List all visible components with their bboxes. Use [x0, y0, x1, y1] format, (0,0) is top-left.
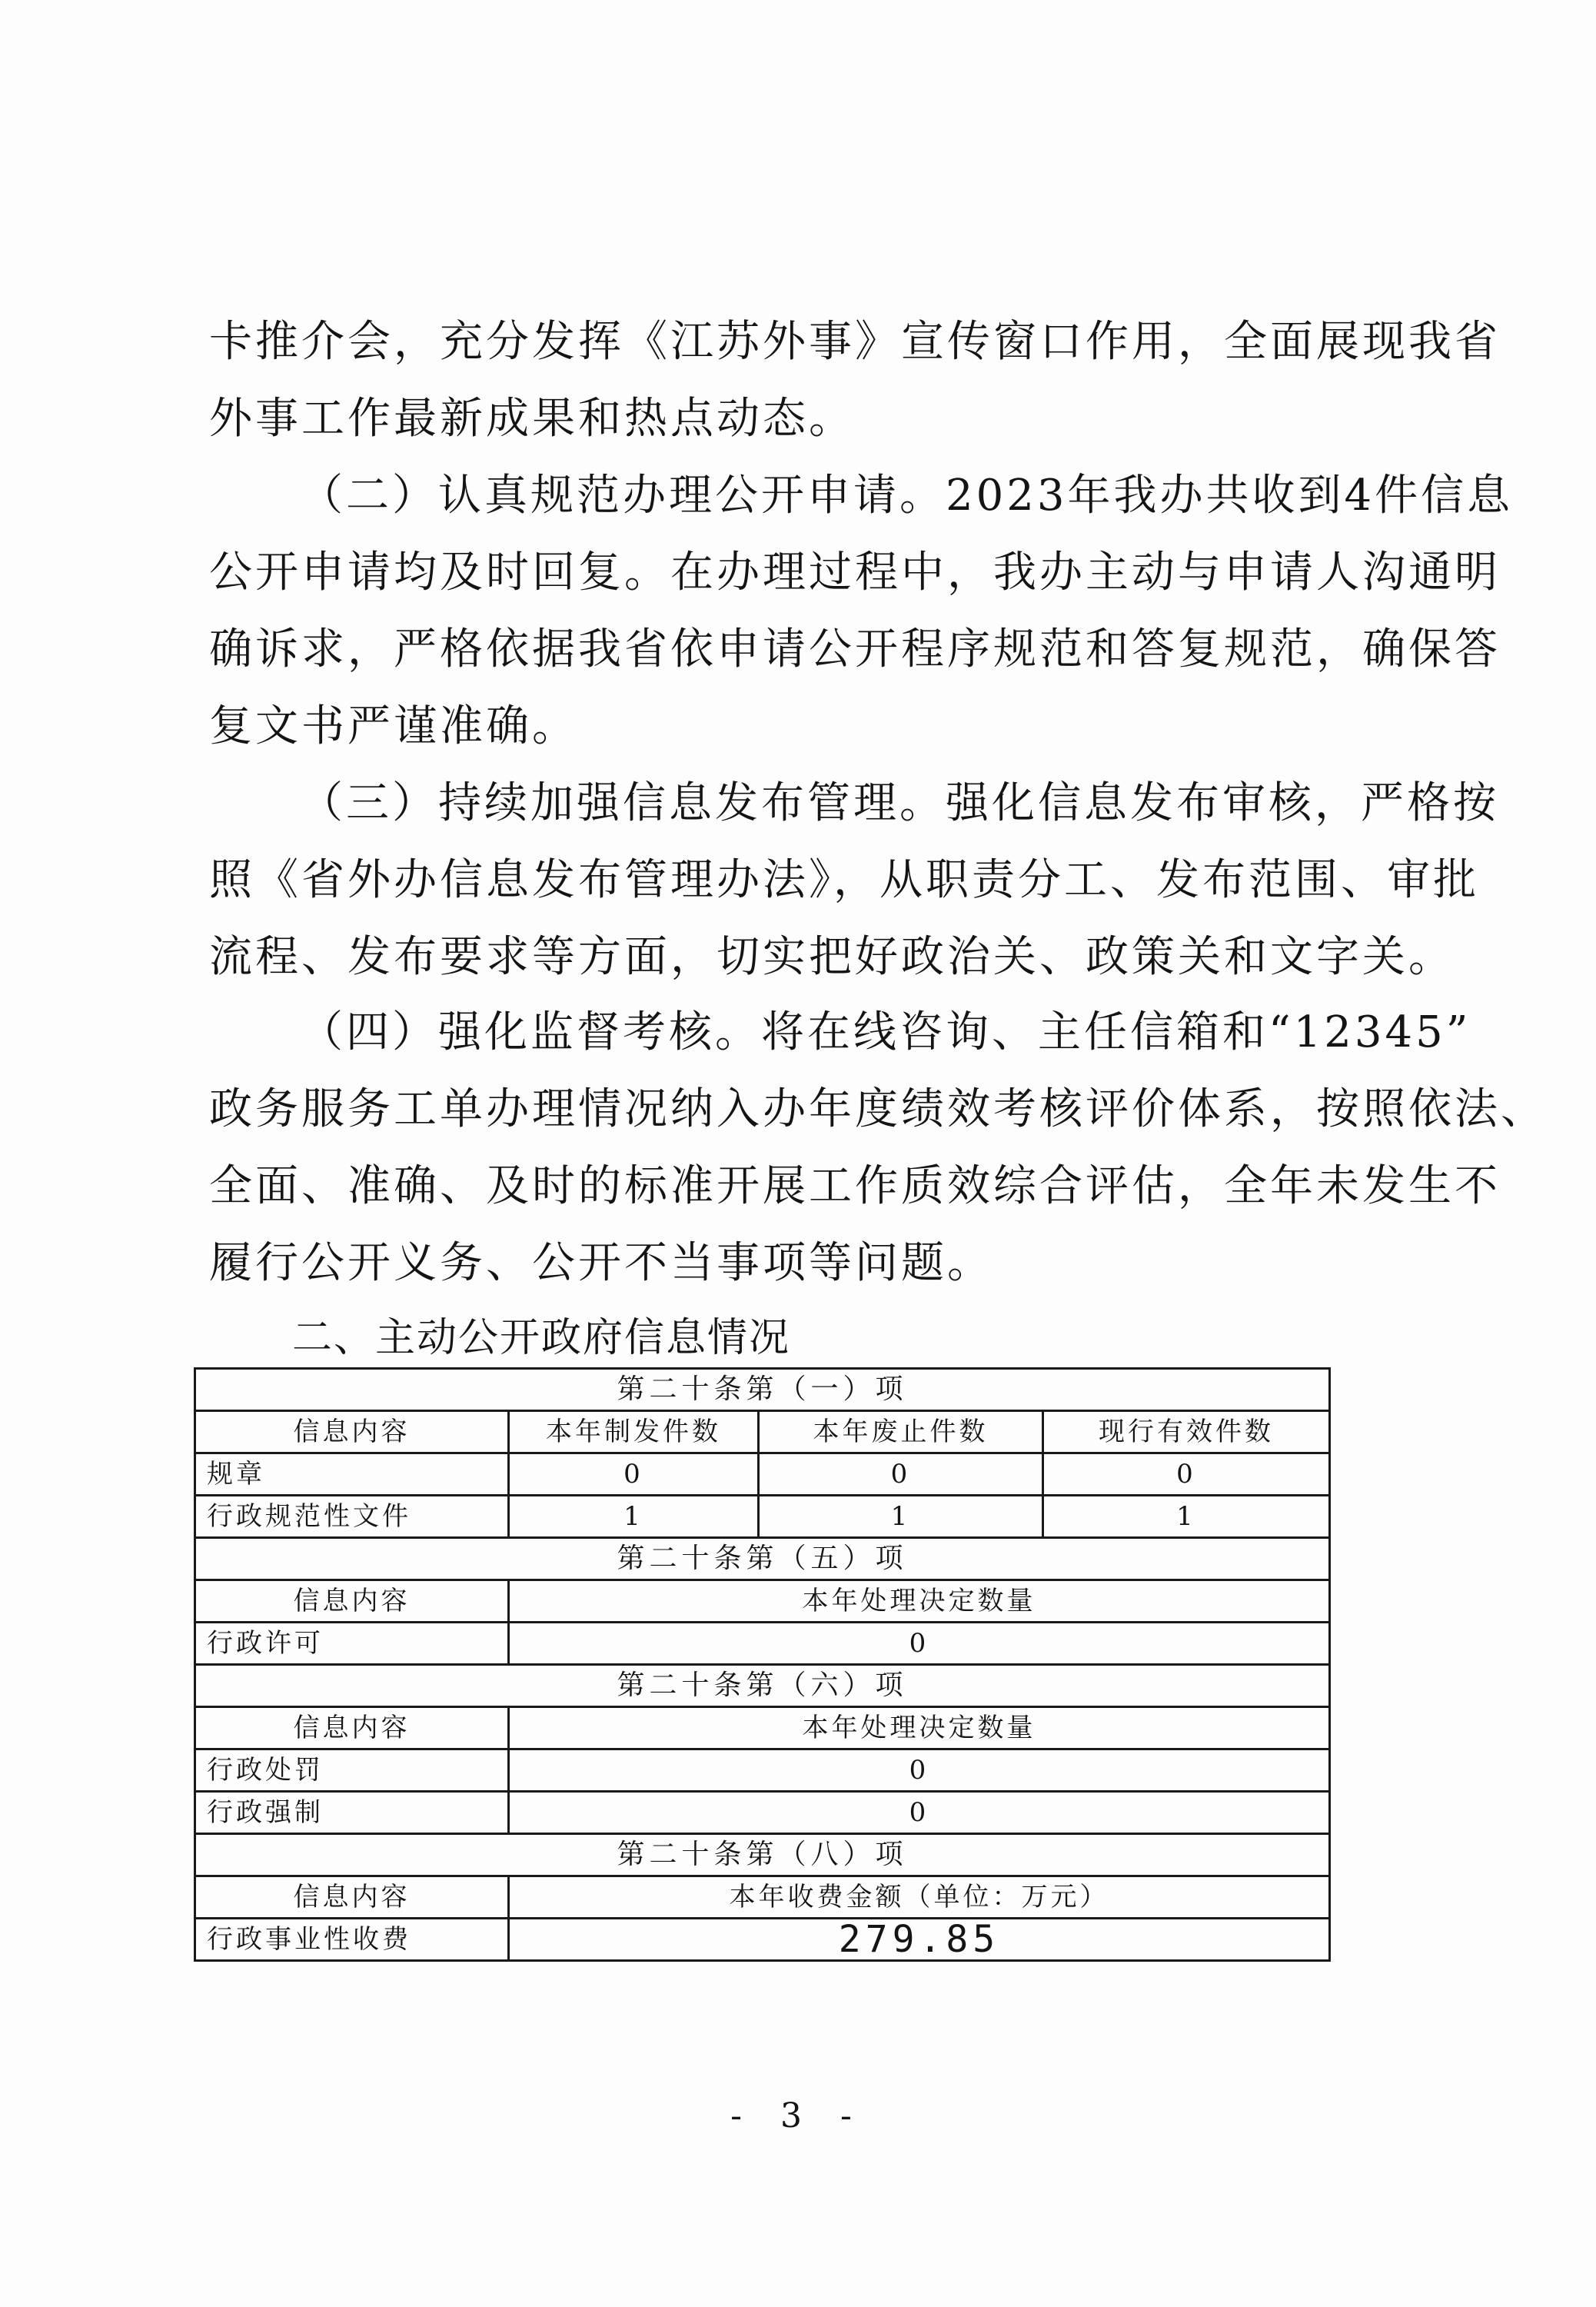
table-row: 规章 0 0 0 [195, 1453, 1330, 1496]
cell-value: 0 [509, 1623, 1330, 1665]
section-heading: 二、主动公开政府信息情况 [292, 1307, 790, 1369]
cell-value: 0 [509, 1749, 1330, 1792]
cell-fee-amount: 279.85 [509, 1919, 1330, 1961]
cell-value: 0 [509, 1792, 1330, 1834]
column-header: 信息内容 [195, 1707, 509, 1749]
header-row: 信息内容 本年处理决定数量 [195, 1707, 1330, 1749]
paragraph-line: （三）持续加强信息发布管理。强化信息发布审核，严格按 [209, 765, 1408, 842]
paragraph-line: 政务服务工单办理情况纳入办年度绩效考核评价体系，按照依法、 [209, 1071, 1408, 1148]
paragraph-supervision: （四）强化监督考核。将在线咨询、主任信箱和“12345” 政务服务工单办理情况纳… [209, 994, 1408, 1302]
column-header: 本年收费金额（单位：万元） [509, 1876, 1330, 1919]
row-label: 行政许可 [195, 1623, 509, 1665]
cell-repealed: 1 [759, 1496, 1043, 1538]
table-row: 行政处罚 0 [195, 1749, 1330, 1792]
section-title-row: 第二十条第（一）项 [195, 1369, 1330, 1411]
column-header: 本年处理决定数量 [509, 1707, 1330, 1749]
table-row: 行政强制 0 [195, 1792, 1330, 1834]
paragraph-line: 卡推介会，充分发挥《江苏外事》宣传窗口作用，全面展现我省 [209, 304, 1408, 381]
row-label: 行政事业性收费 [195, 1919, 509, 1961]
column-header: 信息内容 [195, 1580, 509, 1623]
table-row: 行政事业性收费 279.85 [195, 1919, 1330, 1961]
section-title-row: 第二十条第（八）项 [195, 1834, 1330, 1876]
column-header: 信息内容 [195, 1876, 509, 1919]
paragraph-line: 履行公开义务、公开不当事项等问题。 [209, 1225, 1408, 1302]
row-label: 规章 [195, 1453, 509, 1496]
paragraph-line: 外事工作最新成果和热点动态。 [209, 381, 1408, 458]
cell-in-force: 0 [1043, 1453, 1330, 1496]
row-label: 行政处罚 [195, 1749, 509, 1792]
row-label: 行政强制 [195, 1792, 509, 1834]
paragraph-publicity-continuation: 卡推介会，充分发挥《江苏外事》宣传窗口作用，全面展现我省 外事工作最新成果和热点… [209, 304, 1408, 458]
section-title-row: 第二十条第（五）项 [195, 1538, 1330, 1580]
paragraph-line: （二）认真规范办理公开申请。2023年我办共收到4件信息 [209, 458, 1408, 534]
disclosure-table: 第二十条第（一）项 信息内容 本年制发件数 本年废止件数 现行有效件数 规章 0… [194, 1367, 1331, 1962]
cell-repealed: 0 [759, 1453, 1043, 1496]
paragraph-line: 流程、发布要求等方面，切实把好政治关、政策关和文字关。 [209, 919, 1408, 996]
cell-issued: 1 [509, 1496, 759, 1538]
section-title: 第二十条第（六）项 [195, 1665, 1330, 1707]
section-title: 第二十条第（八）项 [195, 1834, 1330, 1876]
table-row: 行政规范性文件 1 1 1 [195, 1496, 1330, 1538]
section-title: 第二十条第（五）项 [195, 1538, 1330, 1580]
page-number: - 3 - [0, 2096, 1596, 2136]
header-row: 信息内容 本年收费金额（单位：万元） [195, 1876, 1330, 1919]
column-header: 现行有效件数 [1043, 1411, 1330, 1453]
paragraph-line: 全面、准确、及时的标准开展工作质效综合评估，全年未发生不 [209, 1148, 1408, 1225]
column-header: 本年处理决定数量 [509, 1580, 1330, 1623]
paragraph-line: 公开申请均及时回复。在办理过程中，我办主动与申请人沟通明 [209, 534, 1408, 611]
column-header: 本年制发件数 [509, 1411, 759, 1453]
paragraph-line: （四）强化监督考核。将在线咨询、主任信箱和“12345” [209, 994, 1408, 1071]
paragraph-application-handling: （二）认真规范办理公开申请。2023年我办共收到4件信息 公开申请均及时回复。在… [209, 458, 1408, 765]
row-label: 行政规范性文件 [195, 1496, 509, 1538]
paragraph-line: 复文书严谨准确。 [209, 688, 1408, 765]
section-title-row: 第二十条第（六）项 [195, 1665, 1330, 1707]
paragraph-line: 照《省外办信息发布管理办法》，从职责分工、发布范围、审批 [209, 842, 1408, 919]
paragraph-release-management: （三）持续加强信息发布管理。强化信息发布审核，严格按 照《省外办信息发布管理办法… [209, 765, 1408, 996]
table-row: 行政许可 0 [195, 1623, 1330, 1665]
column-header: 信息内容 [195, 1411, 509, 1453]
header-row: 信息内容 本年制发件数 本年废止件数 现行有效件数 [195, 1411, 1330, 1453]
section-title: 第二十条第（一）项 [195, 1369, 1330, 1411]
paragraph-line: 确诉求，严格依据我省依申请公开程序规范和答复规范，确保答 [209, 611, 1408, 688]
column-header: 本年废止件数 [759, 1411, 1043, 1453]
cell-issued: 0 [509, 1453, 759, 1496]
cell-in-force: 1 [1043, 1496, 1330, 1538]
header-row: 信息内容 本年处理决定数量 [195, 1580, 1330, 1623]
